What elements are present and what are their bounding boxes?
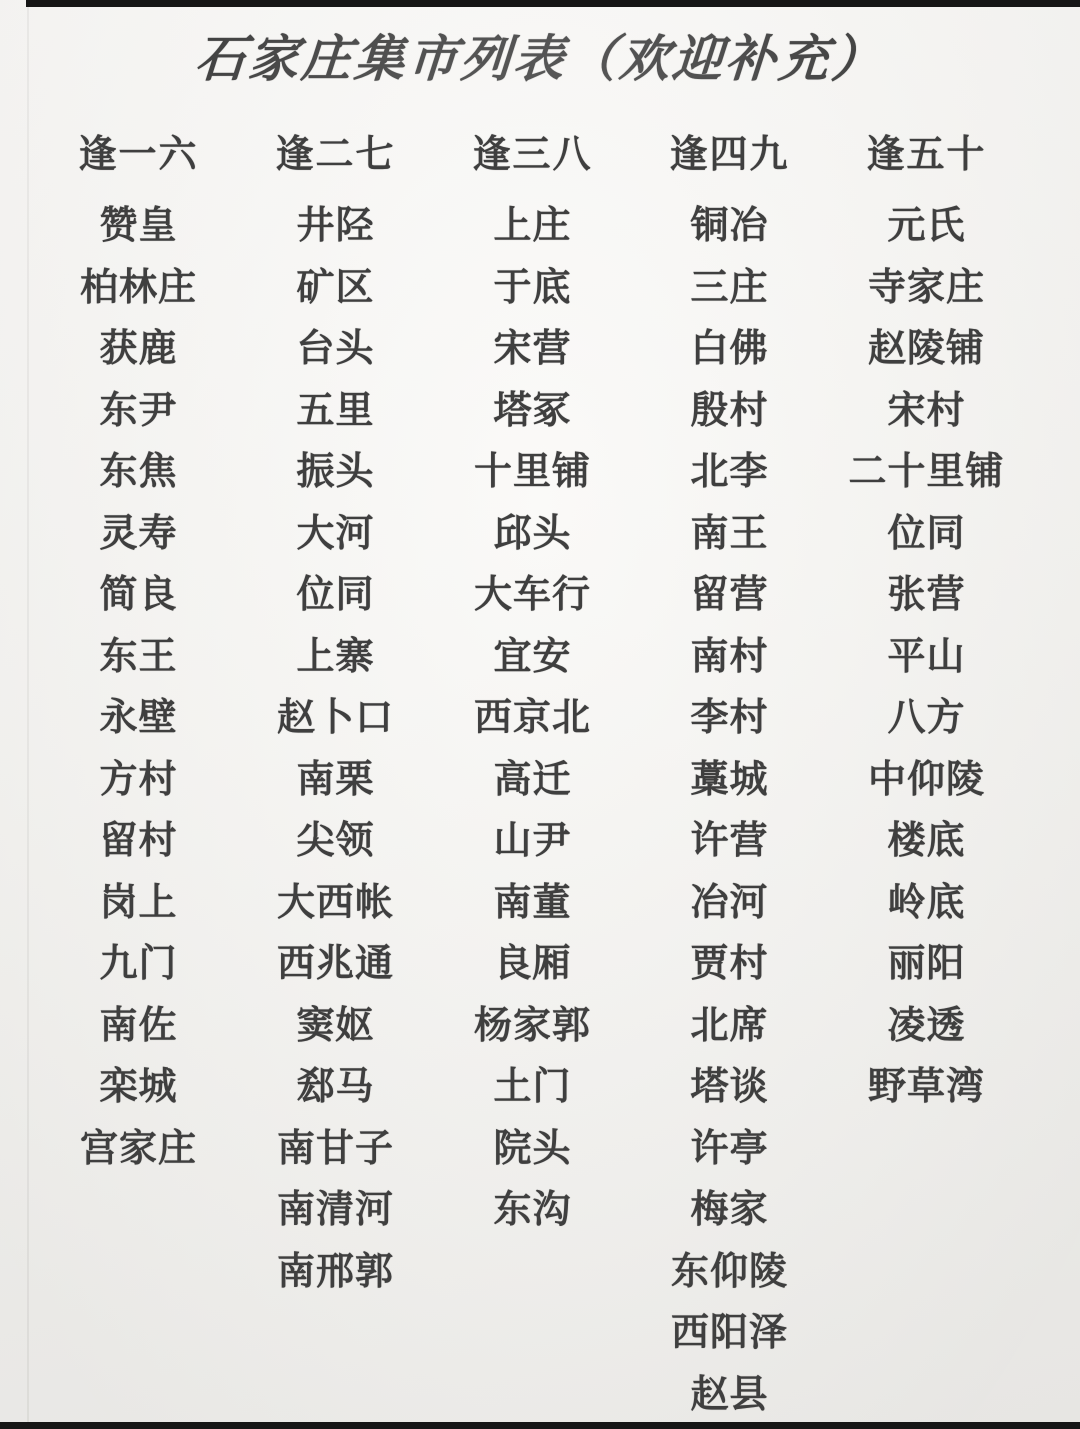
market-item: 于底 [434,253,631,315]
market-item: 塔冢 [434,376,631,438]
market-item: 南栗 [237,745,434,807]
market-item: 十里铺 [434,437,631,499]
market-item: 窦妪 [237,991,434,1053]
market-item: 土门 [434,1052,631,1114]
market-item: 方村 [40,745,237,807]
market-item: 二十里铺 [828,437,1025,499]
column-header: 逢五十 [828,119,1025,181]
market-item: 上寨 [237,622,434,684]
market-item: 北李 [631,437,828,499]
market-item: 永壁 [40,683,237,745]
market-item: 凌透 [828,991,1025,1053]
market-item: 冶河 [631,868,828,930]
column-items: 铜冶三庄白佛殷村北李南王留营南村李村藁城许营冶河贾村北席塔谈许亭梅家东仰陵西阳泽… [631,191,828,1421]
market-item: 李村 [631,683,828,745]
market-item: 平山 [828,622,1025,684]
market-item: 台头 [237,314,434,376]
market-item: 大西帐 [237,868,434,930]
column-header: 逢三八 [434,119,631,181]
market-item: 西京北 [434,683,631,745]
market-item: 东王 [40,622,237,684]
market-item: 郄马 [237,1052,434,1114]
market-item: 西兆通 [237,929,434,991]
market-item: 赵卜口 [237,683,434,745]
market-item: 岭底 [828,868,1025,930]
market-item: 东仰陵 [631,1237,828,1299]
column-header: 逢一六 [40,119,237,181]
market-item: 南甘子 [237,1114,434,1176]
market-item: 杨家郭 [434,991,631,1053]
bottom-edge-bar [0,1422,1080,1429]
market-item: 许亭 [631,1114,828,1176]
market-item: 高迁 [434,745,631,807]
market-item: 大车行 [434,560,631,622]
market-item: 上庄 [434,191,631,253]
market-item: 东沟 [434,1175,631,1237]
market-item: 三庄 [631,253,828,315]
paper-seam-line [27,0,29,1429]
page-title: 石家庄集市列表（欢迎补充） [0,26,1080,92]
market-item: 贾村 [631,929,828,991]
market-item: 宜安 [434,622,631,684]
market-item: 灵寿 [40,499,237,561]
market-column: 逢三八 上庄于底宋营塔冢十里铺邱头大车行宜安西京北高迁山尹南董良厢杨家郭土门院头… [434,119,631,1421]
market-item: 院头 [434,1114,631,1176]
market-item: 良厢 [434,929,631,991]
market-item: 梅家 [631,1175,828,1237]
market-item: 尖领 [237,806,434,868]
market-item: 位同 [828,499,1025,561]
market-item: 北席 [631,991,828,1053]
column-header: 逢二七 [237,119,434,181]
market-item: 山尹 [434,806,631,868]
market-item: 邱头 [434,499,631,561]
market-column: 逢一六 赞皇柏林庄获鹿东尹东焦灵寿简良东王永壁方村留村岗上九门南佐栾城宫家庄 [40,119,237,1421]
market-item: 岗上 [40,868,237,930]
market-item: 元氏 [828,191,1025,253]
market-item: 西阳泽 [631,1298,828,1360]
market-item: 殷村 [631,376,828,438]
market-item: 中仰陵 [828,745,1025,807]
market-item: 东尹 [40,376,237,438]
market-column: 逢五十 元氏寺家庄赵陵铺宋村二十里铺位同张营平山八方中仰陵楼底岭底丽阳凌透野草湾 [828,119,1025,1421]
market-item: 野草湾 [828,1052,1025,1114]
market-item: 获鹿 [40,314,237,376]
market-item: 赵县 [631,1360,828,1422]
column-items: 赞皇柏林庄获鹿东尹东焦灵寿简良东王永壁方村留村岗上九门南佐栾城宫家庄 [40,191,237,1175]
market-item: 塔谈 [631,1052,828,1114]
market-columns: 逢一六 赞皇柏林庄获鹿东尹东焦灵寿简良东王永壁方村留村岗上九门南佐栾城宫家庄 逢… [40,119,1025,1421]
market-item: 宋村 [828,376,1025,438]
column-items: 井陉矿区台头五里振头大河位同上寨赵卜口南栗尖领大西帐西兆通窦妪郄马南甘子南清河南… [237,191,434,1298]
market-item: 简良 [40,560,237,622]
market-item: 寺家庄 [828,253,1025,315]
market-item: 楼底 [828,806,1025,868]
market-item: 南佐 [40,991,237,1053]
market-item: 留村 [40,806,237,868]
market-item: 藁城 [631,745,828,807]
market-item: 大河 [237,499,434,561]
market-item: 东焦 [40,437,237,499]
market-item: 五里 [237,376,434,438]
market-item: 矿区 [237,253,434,315]
market-item: 许营 [631,806,828,868]
market-item: 南村 [631,622,828,684]
market-item: 井陉 [237,191,434,253]
market-item: 留营 [631,560,828,622]
market-item: 栾城 [40,1052,237,1114]
market-item: 白佛 [631,314,828,376]
market-item: 九门 [40,929,237,991]
market-list-page: 石家庄集市列表（欢迎补充） 逢一六 赞皇柏林庄获鹿东尹东焦灵寿简良东王永壁方村留… [0,0,1080,1429]
market-item: 丽阳 [828,929,1025,991]
market-column: 逢二七 井陉矿区台头五里振头大河位同上寨赵卜口南栗尖领大西帐西兆通窦妪郄马南甘子… [237,119,434,1421]
market-item: 南清河 [237,1175,434,1237]
column-header: 逢四九 [631,119,828,181]
market-item: 赵陵铺 [828,314,1025,376]
market-item: 南董 [434,868,631,930]
market-item: 宋营 [434,314,631,376]
market-item: 赞皇 [40,191,237,253]
top-edge-bar [26,0,1080,7]
market-item: 铜冶 [631,191,828,253]
column-items: 上庄于底宋营塔冢十里铺邱头大车行宜安西京北高迁山尹南董良厢杨家郭土门院头东沟 [434,191,631,1237]
market-item: 张营 [828,560,1025,622]
market-item: 宫家庄 [40,1114,237,1176]
market-item: 南王 [631,499,828,561]
market-column: 逢四九 铜冶三庄白佛殷村北李南王留营南村李村藁城许营冶河贾村北席塔谈许亭梅家东仰… [631,119,828,1421]
market-item: 八方 [828,683,1025,745]
market-item: 位同 [237,560,434,622]
market-item: 振头 [237,437,434,499]
market-item: 柏林庄 [40,253,237,315]
column-items: 元氏寺家庄赵陵铺宋村二十里铺位同张营平山八方中仰陵楼底岭底丽阳凌透野草湾 [828,191,1025,1114]
market-item: 南邢郭 [237,1237,434,1299]
